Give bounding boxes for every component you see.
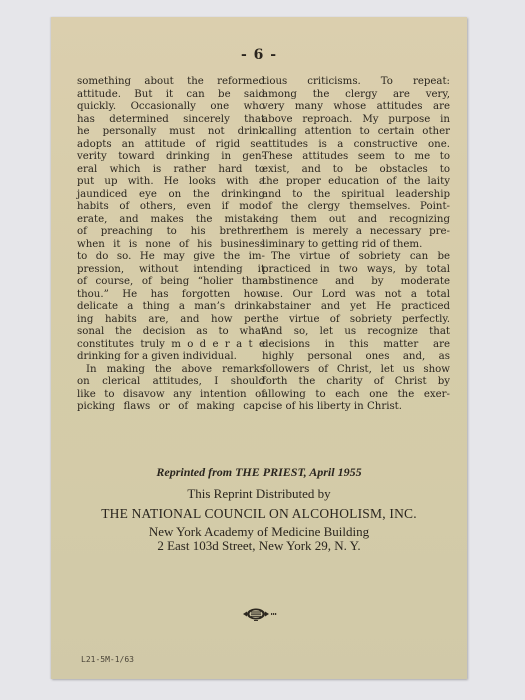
- text-line: thou.” He has forgotten how: [77, 289, 265, 302]
- text-line: above reproach. My purpose in: [262, 114, 450, 127]
- text-line: tious criticisms. To repeat:: [262, 76, 450, 89]
- text-line: constitutes truly m o d e r a t e: [77, 339, 265, 352]
- text-line: eral which is rather hard to: [77, 164, 265, 177]
- right-column: tious criticisms. To repeat:among the cl…: [262, 76, 450, 414]
- text-line: quickly. Occasionally one who: [77, 101, 265, 114]
- text-line: allowing to each one the exer-: [262, 389, 450, 402]
- distributed-by: This Reprint Distributed by: [51, 486, 467, 502]
- union-bug-icon: [240, 607, 280, 623]
- text-line: them is merely a necessary pre-: [262, 226, 450, 239]
- text-line: the virtue of sobriety perfectly.: [262, 314, 450, 327]
- text-line: adopts an attitude of rigid se-: [77, 139, 265, 152]
- text-line: when it is none of his business: [77, 239, 265, 252]
- text-line: put up with. He looks with a: [77, 176, 265, 189]
- text-line: cise of his liberty in Christ.: [262, 401, 450, 414]
- text-line: on clerical attitudes, I should: [77, 376, 265, 389]
- text-line: And so, let us recognize that: [262, 326, 450, 339]
- text-line: ing them out and recognizing: [262, 214, 450, 227]
- text-line: forth the charity of Christ by: [262, 376, 450, 389]
- text-line: and to the spiritual leadership: [262, 189, 450, 202]
- text-line: drinking for a given individual.: [77, 351, 265, 364]
- text-line: calling attention to certain other: [262, 126, 450, 139]
- street-address: 2 East 103d Street, New York 29, N. Y.: [51, 539, 467, 553]
- document-page: - 6 - something about the reformedattitu…: [51, 17, 467, 679]
- text-line: use. Our Lord was not a total: [262, 289, 450, 302]
- text-line: like to disavow any intention of: [77, 389, 265, 402]
- text-line: has determined sincerely that: [77, 114, 265, 127]
- text-line: to do so. He may give the im-: [77, 251, 265, 264]
- organization-name: THE NATIONAL COUNCIL ON ALCOHOLISM, INC.: [51, 506, 467, 522]
- text-line: decisions in this matter are: [262, 339, 450, 352]
- left-column: something about the reformedattitude. Bu…: [77, 76, 265, 414]
- text-line: abstainer and yet He practiced: [262, 301, 450, 314]
- text-line: habits of others, even if mod-: [77, 201, 265, 214]
- text-line: delicate a thing a man’s drink-: [77, 301, 265, 314]
- text-line: jaundiced eye on the drinking: [77, 189, 265, 202]
- text-line: among the clergy are very,: [262, 89, 450, 102]
- text-line: attitudes is a constructive one.: [262, 139, 450, 152]
- text-line: attitude. But it can be said: [77, 89, 265, 102]
- text-line: These attitudes seem to me to: [262, 151, 450, 164]
- text-line: of preaching to his brethren: [77, 226, 265, 239]
- page-number: - 6 -: [51, 47, 467, 63]
- text-line: practiced in two ways, by total: [262, 264, 450, 277]
- text-line: picking flaws or of making cap-: [77, 401, 265, 414]
- text-line: abstinence and by moderate: [262, 276, 450, 289]
- text-line: ing habits are, and how per-: [77, 314, 265, 327]
- text-line: sonal the decision as to what: [77, 326, 265, 339]
- text-line: The virtue of sobriety can be: [262, 251, 450, 264]
- text-line: something about the reformed: [77, 76, 265, 89]
- text-line: followers of Christ, let us show: [262, 364, 450, 377]
- text-line: highly personal ones and, as: [262, 351, 450, 364]
- reprint-credits: Reprinted from THE PRIEST, April 1955 Th…: [51, 465, 467, 553]
- text-line: he personally must not drink: [77, 126, 265, 139]
- reprint-source: Reprinted from THE PRIEST, April 1955: [51, 465, 467, 480]
- text-line: of course, of being “holier than: [77, 276, 265, 289]
- building-name: New York Academy of Medicine Building: [51, 525, 467, 539]
- text-line: very many whose attitudes are: [262, 101, 450, 114]
- text-line: the proper education of the laity: [262, 176, 450, 189]
- text-line: In making the above remarks: [77, 364, 265, 377]
- text-line: erate, and makes the mistake: [77, 214, 265, 227]
- text-line: exist, and to be obstacles to: [262, 164, 450, 177]
- print-code: L21-5M-1/63: [81, 655, 134, 664]
- text-line: verity toward drinking in gen-: [77, 151, 265, 164]
- text-line: liminary to getting rid of them.: [262, 239, 450, 252]
- text-line: pression, without intending it: [77, 264, 265, 277]
- text-line: of the clergy themselves. Point-: [262, 201, 450, 214]
